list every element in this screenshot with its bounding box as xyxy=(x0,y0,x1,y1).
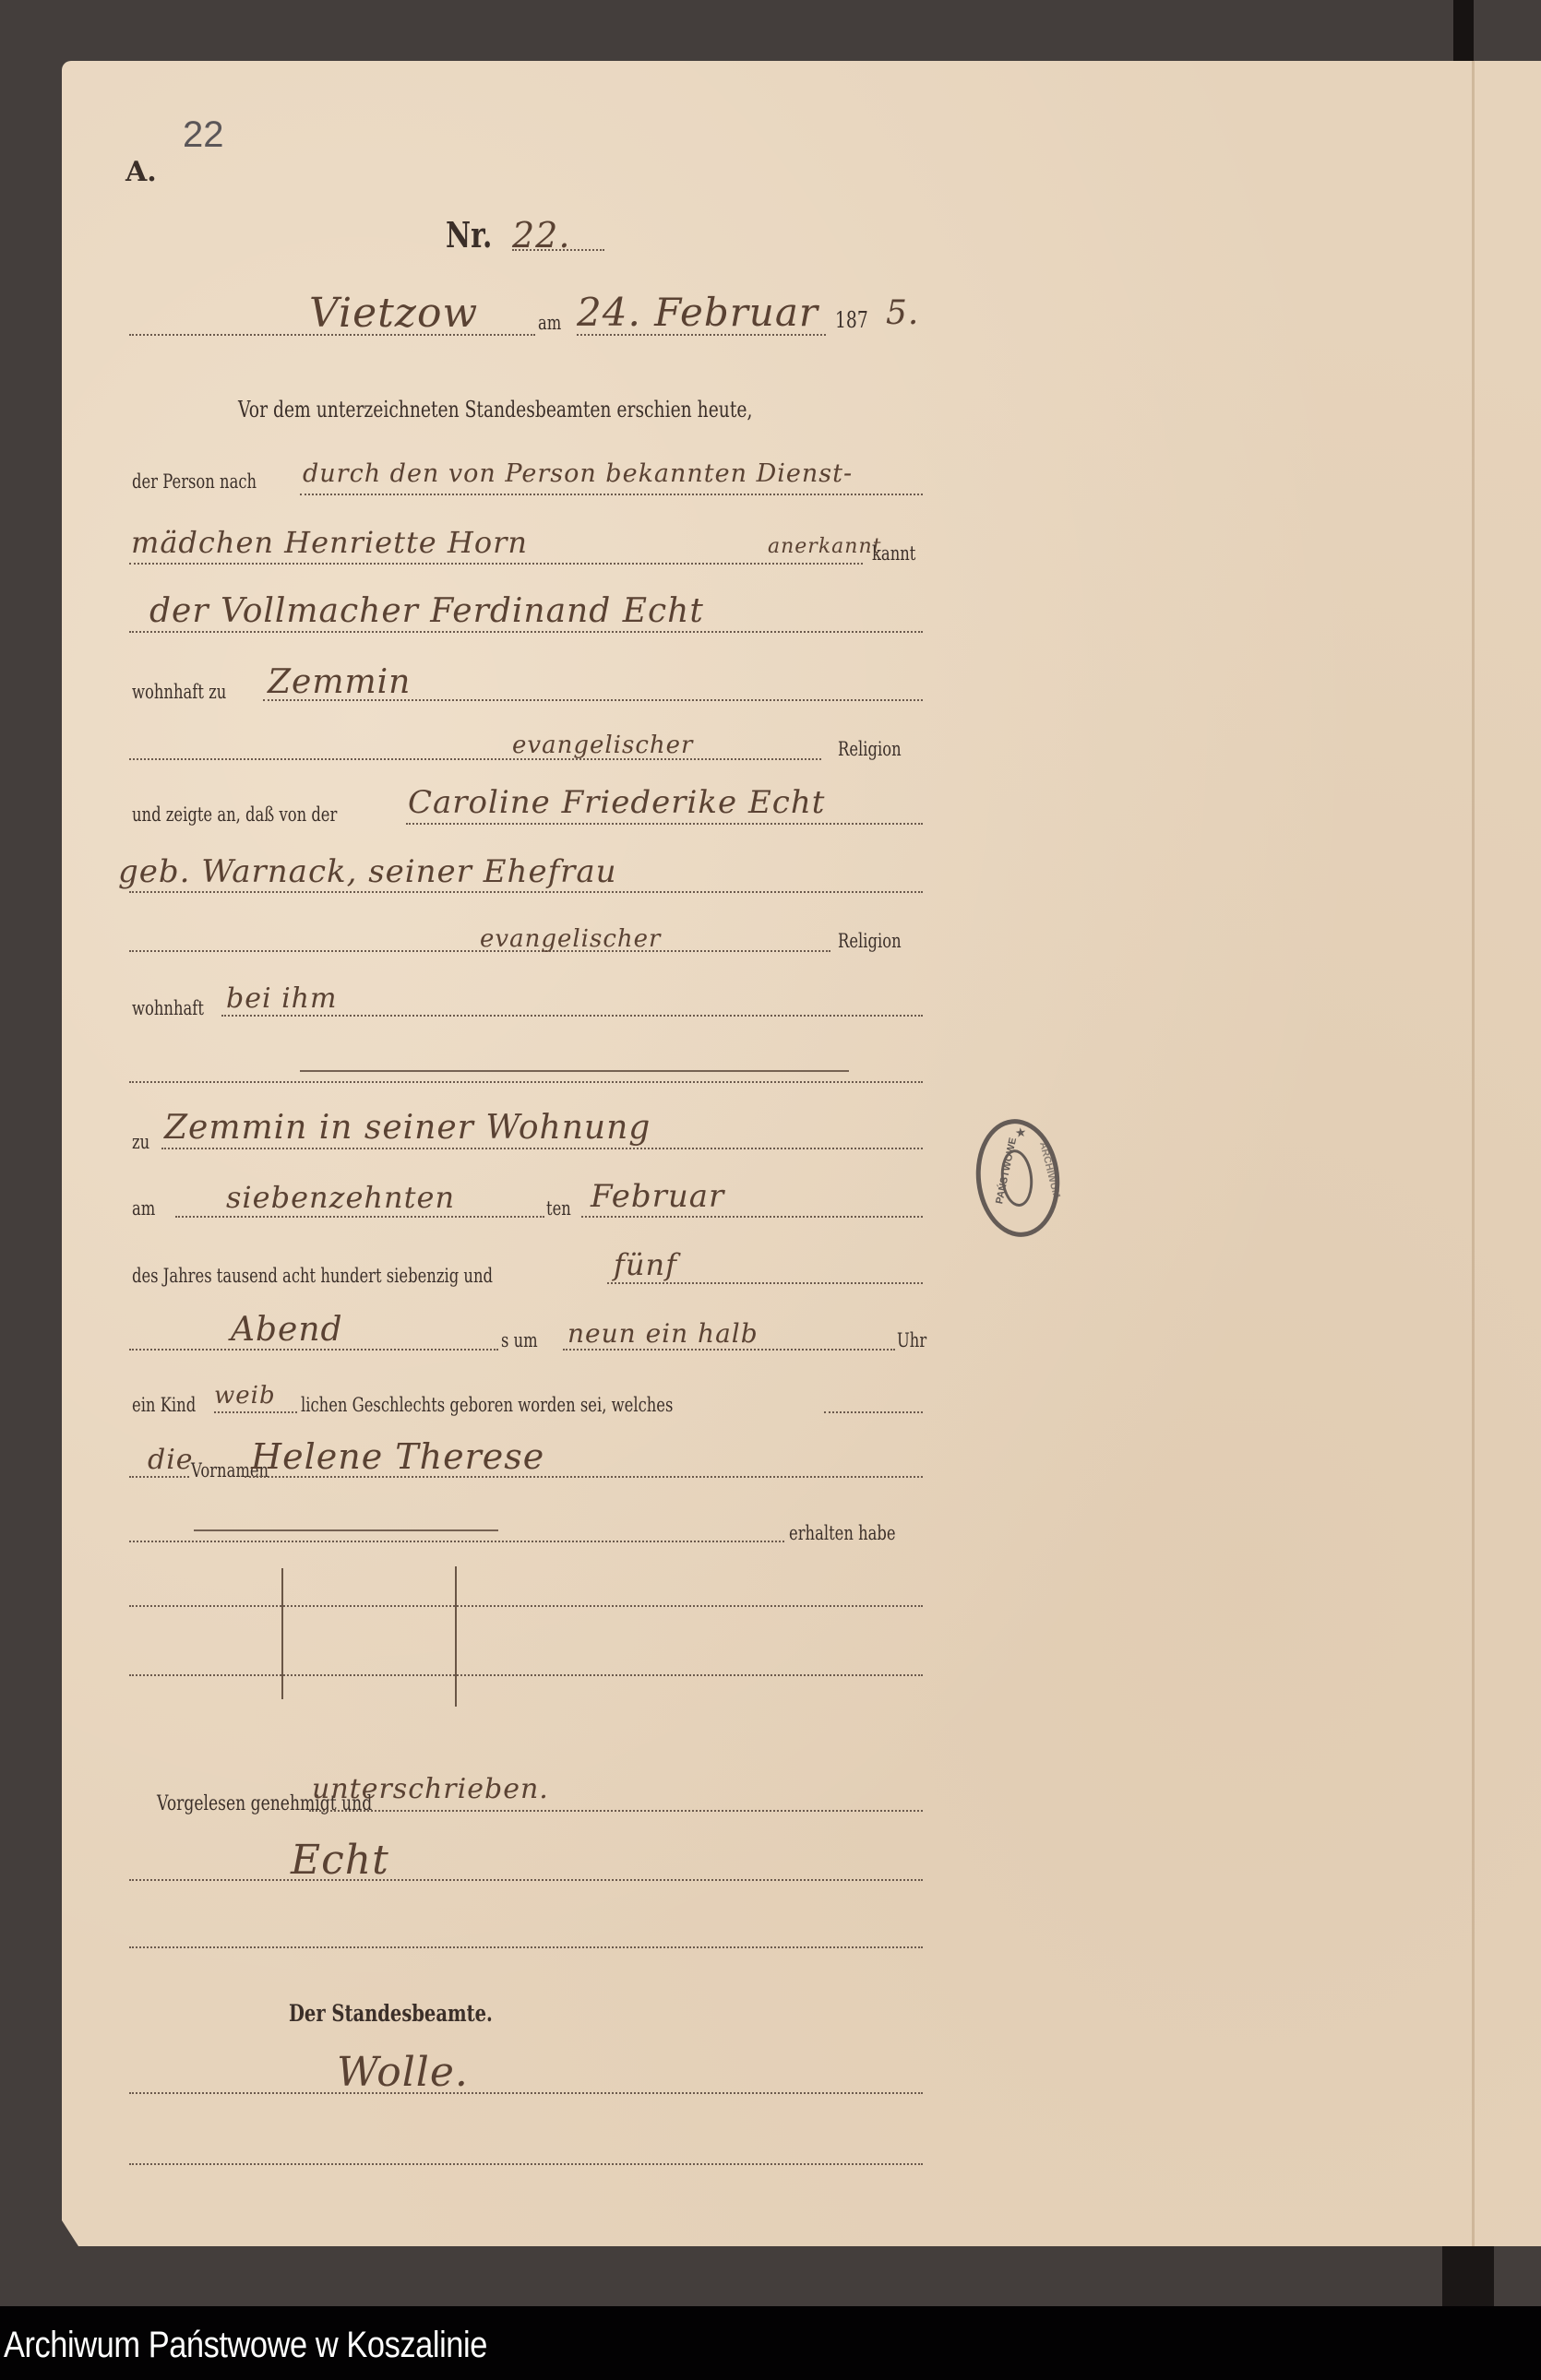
binding-spine-bottom xyxy=(1442,2246,1494,2306)
number-label: Nr. xyxy=(446,218,492,253)
person-dotline-1 xyxy=(300,494,923,495)
names-strikeline xyxy=(194,1529,498,1531)
child-label-2: lichen Geschlechts geboren worden sei, w… xyxy=(301,1396,673,1415)
birthplace-dotline xyxy=(161,1148,923,1149)
birthday-am-label: am xyxy=(132,1199,155,1219)
section-dotline xyxy=(129,1081,923,1083)
mother-maiden-handwritten: geb. Warnack, seiner Ehefrau xyxy=(118,856,617,887)
person-handwritten-1: durch den von Person bekannten Dienst- xyxy=(303,461,853,486)
person-dotline-2 xyxy=(129,563,863,565)
birthday-month-handwritten: Februar xyxy=(591,1181,724,1212)
archive-name: Archiwum Państwowe w Koszalinie xyxy=(4,2325,487,2366)
register-page xyxy=(62,61,1541,2246)
acknowledged-suffix: kannt xyxy=(872,544,915,564)
religion-label-2: Religion xyxy=(838,932,902,951)
signature-dotline xyxy=(129,1879,923,1881)
birthplace-handwritten: Zemmin in seiner Wohnung xyxy=(164,1112,651,1145)
time-s-um-label: s um xyxy=(501,1331,538,1351)
registrar-signature: Wolle. xyxy=(337,2053,469,2093)
year-text-printed: des Jahres tausend acht hundert siebenzi… xyxy=(132,1267,493,1286)
year-handwritten: 5. xyxy=(886,297,919,330)
date-handwritten: 24. Februar xyxy=(577,293,818,332)
corner-mark: A. xyxy=(125,159,157,186)
child-label-dotline xyxy=(824,1411,923,1413)
place-handwritten: Vietzow xyxy=(309,293,478,334)
child-sex-handwritten: weib xyxy=(214,1384,276,1408)
blank-strike-1 xyxy=(281,1568,283,1699)
time-dotline xyxy=(563,1349,895,1351)
mother-residence-label: wohnhaft xyxy=(132,999,204,1018)
child-label-1: ein Kind xyxy=(132,1396,196,1415)
blank-strike-2 xyxy=(455,1566,457,1707)
year-text-dotline xyxy=(607,1282,923,1284)
religion-label-1: Religion xyxy=(838,740,902,759)
blank-dotline-1 xyxy=(129,1605,923,1607)
mother-residence-dotline xyxy=(221,1015,923,1017)
mother-maiden-dotline xyxy=(129,891,923,893)
bottom-dotline xyxy=(129,2163,923,2165)
number-dotline xyxy=(512,249,604,251)
residence-handwritten: Zemmin xyxy=(268,666,411,699)
date-am-label: am xyxy=(538,314,561,333)
mother-handwritten: Caroline Friederike Echt xyxy=(408,787,825,818)
read-handwritten: unterschrieben. xyxy=(312,1776,549,1803)
time-daypart-handwritten: Abend xyxy=(231,1314,343,1347)
residence-label: wohnhaft zu xyxy=(132,683,226,702)
page-fold xyxy=(1472,61,1475,2246)
names-handwritten: Helene Therese xyxy=(251,1439,544,1474)
mother-dotline xyxy=(406,823,923,825)
religion-handwritten-2: evangelischer xyxy=(480,927,661,951)
names-prefix-handwritten: die xyxy=(148,1446,194,1474)
binding-spine-top xyxy=(1453,0,1474,61)
received-dotline xyxy=(129,1541,784,1542)
year-text-handwritten: fünf xyxy=(614,1250,677,1279)
blank-dotline-2 xyxy=(129,1674,923,1676)
time-daypart-dotline xyxy=(129,1349,498,1351)
mother-residence-handwritten: bei ihm xyxy=(226,985,337,1013)
time-handwritten: neun ein halb xyxy=(567,1321,759,1347)
birthplace-label: zu xyxy=(132,1133,149,1152)
spacer-dotline xyxy=(129,1946,923,1948)
pencil-number: 22 xyxy=(183,116,224,153)
religion-dotline-1 xyxy=(129,758,821,760)
read-dotline xyxy=(309,1810,923,1812)
registrar-dotline xyxy=(129,2092,923,2094)
informant-signature: Echt xyxy=(291,1840,389,1881)
received-label: erhalten habe xyxy=(789,1524,896,1543)
time-uhr-label: Uhr xyxy=(897,1331,926,1351)
section-divider xyxy=(300,1070,849,1072)
acknowledged-handwritten: anerkannt xyxy=(768,537,881,557)
birthday-ten-label: ten xyxy=(546,1199,571,1219)
informant-dotline xyxy=(129,631,923,633)
person-label: der Person nach xyxy=(132,472,257,492)
intro-text: Vor dem unterzeichneten Standesbeamten e… xyxy=(238,399,752,421)
religion-handwritten-1: evangelischer xyxy=(512,733,693,757)
birthday-month-dotline xyxy=(581,1216,923,1218)
year-printed: 187 xyxy=(835,309,868,331)
birthday-day-handwritten: siebenzehnten xyxy=(226,1183,455,1212)
archive-footer: Archiwum Państwowe w Koszalinie xyxy=(0,2306,1541,2380)
names-dotline-1 xyxy=(129,1476,189,1478)
birthday-day-dotline xyxy=(175,1216,544,1218)
announced-label: und zeigte an, daß von der xyxy=(132,805,337,825)
informant-handwritten: der Vollmacher Ferdinand Echt xyxy=(149,595,704,628)
number-value: 22. xyxy=(512,218,570,253)
person-handwritten-2: mädchen Henriette Horn xyxy=(131,528,528,557)
child-sex-dotline xyxy=(214,1411,297,1413)
registrar-label: Der Standesbeamte. xyxy=(289,2002,493,2025)
